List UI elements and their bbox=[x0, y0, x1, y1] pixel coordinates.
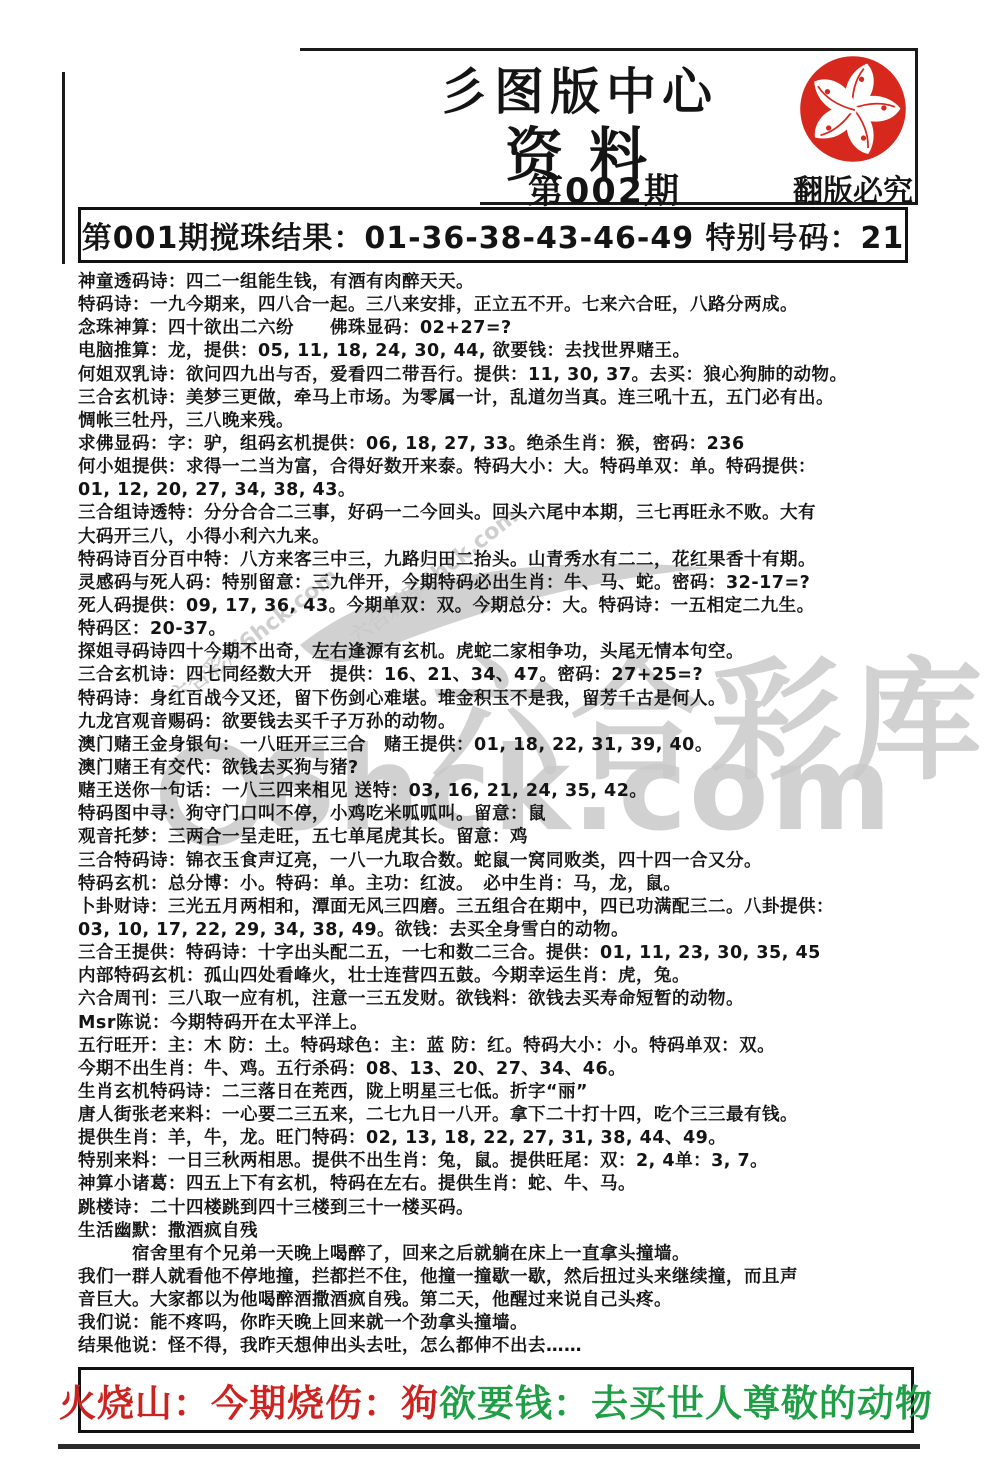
text-line: 五行旺开：主：木 防：土。特码球色：主：蓝 防：红。特码大小：小。特码单双：双。 bbox=[78, 1035, 918, 1058]
text-line: 生活幽默：撒酒疯自残 bbox=[78, 1220, 918, 1243]
header-right-border bbox=[915, 48, 918, 205]
header-top-border bbox=[300, 48, 918, 51]
text-line: 澳门赌王金身银句：一八旺开三三合 赌王提供：01, 18, 22, 31, 39… bbox=[78, 734, 918, 757]
text-line: 念珠神算：四十欲出二六纷 佛珠显码：02+27=? bbox=[78, 317, 918, 340]
text-line: 特码诗：一九今期来，四八合一起。三八来安排，正立五不开。七来六合旺，八路分两成。 bbox=[78, 294, 918, 317]
text-line: 特码诗：身红百战今又还，留下伤剑心难堪。堆金积玉不是我，留芳千古是何人。 bbox=[78, 688, 918, 711]
text-line: 澳门赌王有交代：欲钱去买狗与猪? bbox=[78, 757, 918, 780]
text-line: 何姐双乳诗：欲问四九出与否，爱看四二带吾行。提供：11, 30, 37。去买：狼… bbox=[78, 364, 918, 387]
footer-red-text: 火烧山：今期烧伤：狗 bbox=[59, 1373, 439, 1427]
text-line: 求佛显码：字：驴，组码玄机提供：06, 18, 27, 33。绝杀生肖：猴，密码… bbox=[78, 433, 918, 456]
text-line: 赌王送你一句话：一八三四来相见 送特：03, 16, 21, 24, 35, 4… bbox=[78, 780, 918, 803]
text-line: Msr陈说：今期特码开在太平洋上。 bbox=[78, 1012, 918, 1035]
text-line: 宿舍里有个兄弟一天晚上喝醉了，回来之后就躺在床上一直拿头撞墙。 bbox=[78, 1243, 918, 1266]
text-line: 01, 12, 20, 27, 34, 38, 43。 bbox=[78, 479, 918, 502]
previous-draw-result-box: 第001期搅珠结果：01-36-38-43-46-49 特别号码：21 bbox=[78, 207, 908, 263]
lottery-tip-sheet: 六合彩库6hck.com 六合彩库6hck.com 六合彩库 6hck.com … bbox=[0, 0, 984, 1457]
text-line: 唐人街张老来料：一心要二三五来，二七九日一八开。拿下二十打十四，吃个三三最有钱。 bbox=[78, 1104, 918, 1127]
text-line: 探姐寻码诗四十今期不出奇，左右逢源有玄机。虎蛇二家相争功，头尾无情本句空。 bbox=[78, 641, 918, 664]
text-line: 特码诗百分百中特：八方来客三中三，九路归田二抬头。山青秀水有二二，花红果香十有期… bbox=[78, 549, 918, 572]
bottom-rule bbox=[58, 1444, 920, 1449]
text-line: 六合周刊：三八取一应有机，注意一三五发财。欲钱料：欲钱去买寿命短暂的动物。 bbox=[78, 988, 918, 1011]
left-edge-border bbox=[62, 72, 65, 264]
text-line: 三合特码诗：锦衣玉食声辽亮，一八一九取合数。蛇鼠一窝同败类，四十四一合又分。 bbox=[78, 850, 918, 873]
text-line: 我们一群人就看他不停地撞，拦都拦不住，他撞一撞歇一歇，然后扭过头来继续撞，而且声 bbox=[78, 1266, 918, 1289]
text-line: 观音托梦：三两合一呈走旺，五七单尾虎其长。留意：鸡 bbox=[78, 826, 918, 849]
text-line: 特码区：20-37。 bbox=[78, 618, 918, 641]
tip-lines-container: 神童透码诗：四二一组能生钱，有酒有肉醉天天。特码诗：一九今期来，四八合一起。三八… bbox=[78, 271, 918, 1359]
text-line: 特码玄机：总分博：小。特码：单。主功：红波。 必中生肖：马，龙，鼠。 bbox=[78, 873, 918, 896]
text-line: 九龙宫观音赐码：欲要钱去买千子万孙的动物。 bbox=[78, 711, 918, 734]
text-line: 何小姐提供：求得一二当为富，合得好数开来泰。特码大小：大。特码单双：单。特码提供… bbox=[78, 456, 918, 479]
text-line: 灵感码与死人码：特别留意：三九伴开，今期特码必出生肖：牛、马、蛇。密码：32-1… bbox=[78, 572, 918, 595]
text-line: 神童透码诗：四二一组能生钱，有酒有肉醉天天。 bbox=[78, 271, 918, 294]
text-line: 三合玄机诗：美梦三更做，牵马上市场。为零属一计，乱道勿当真。连三吼十五，五门必有… bbox=[78, 387, 918, 410]
text-line: 结果他说：怪不得，我昨天想伸出头去吐，怎么都伸不出去…… bbox=[78, 1335, 918, 1358]
text-line: 音巨大。大家都以为他喝醉酒撒酒疯自残。第二天，他醒过来说自己头疼。 bbox=[78, 1289, 918, 1312]
bauhinia-flower-icon bbox=[798, 54, 908, 164]
text-line: 电脑推算：龙，提供：05, 11, 18, 24, 30, 44, 欲要钱：去找… bbox=[78, 340, 918, 363]
text-line: 神算小诸葛：四五上下有玄机，特码在左右。提供生肖：蛇、牛、马。 bbox=[78, 1173, 918, 1196]
text-line: 生肖玄机特码诗：二三落日在茺西，陇上明星三七低。折字“丽” bbox=[78, 1081, 918, 1104]
footer-highlight-box: 火烧山：今期烧伤：狗 欲要钱：去买世人尊敬的动物 bbox=[78, 1367, 914, 1433]
text-line: 特码图中寻：狗守门口叫不停，小鸡吃米呱呱叫。留意：鼠 bbox=[78, 803, 918, 826]
text-line: 跳楼诗：二十四楼跳到四十三楼到三十一楼买码。 bbox=[78, 1197, 918, 1220]
text-line: 卜卦财诗：三光五月两相和，潭面无风三四磨。三五组合在期中，四已功满配三二。八卦提… bbox=[78, 896, 918, 919]
text-line: 内部特码玄机：孤山四处看峰火，壮士连营四五鼓。今期幸运生肖：虎，兔。 bbox=[78, 965, 918, 988]
text-line: 03, 10, 17, 22, 29, 34, 38, 49。欲钱：去买全身雪白… bbox=[78, 919, 918, 942]
text-line: 三合组诗透特：分分合合二三事，好码一二今回头。回头六尾中本期，三七再旺永不败。大… bbox=[78, 502, 918, 525]
text-line: 惆帐三牡丹，三八晚来残。 bbox=[78, 410, 918, 433]
footer-green-text: 欲要钱：去买世人尊敬的动物 bbox=[439, 1373, 933, 1427]
text-line: 三合玄机诗：四七同经数大开 提供：16、21、34、47。密码：27+25=? bbox=[78, 664, 918, 687]
text-line: 我们说：能不疼吗，你昨天晚上回来就一个劲拿头撞墙。 bbox=[78, 1312, 918, 1335]
text-line: 特别来料：一日三秋两相思。提供不出生肖：兔，鼠。提供旺尾：双：2, 4单：3, … bbox=[78, 1150, 918, 1173]
text-line: 提供生肖：羊，牛，龙。旺门特码：02, 13, 18, 22, 27, 31, … bbox=[78, 1127, 918, 1150]
text-line: 死人码提供：09, 17, 36, 43。今期单双：双。今期总分：大。特码诗：一… bbox=[78, 595, 918, 618]
text-line: 今期不出生肖：牛、鸡。五行杀码：08、13、20、27、34、46。 bbox=[78, 1058, 918, 1081]
text-line: 三合王提供：特码诗：十字出头配二五，一七和数二三合。提供：01, 11, 23,… bbox=[78, 942, 918, 965]
copyright-notice: 翻版必究 bbox=[793, 166, 913, 210]
text-line: 大码开三八，小得小利六九来。 bbox=[78, 526, 918, 549]
previous-draw-result-text: 第001期搅珠结果：01-36-38-43-46-49 特别号码：21 bbox=[82, 213, 905, 257]
